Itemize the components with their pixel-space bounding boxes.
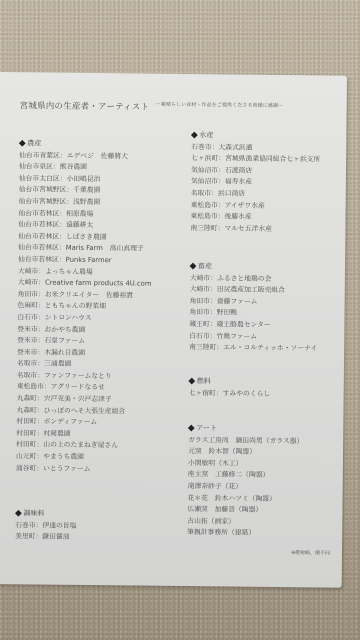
footnote: ※敬称略、順不同 bbox=[291, 549, 330, 556]
list-item: 白石市：シトロンハウス bbox=[17, 312, 151, 325]
section-heading: 畜産 bbox=[190, 261, 318, 274]
diamond-bullet-icon bbox=[19, 139, 26, 146]
diamond-bullet-icon bbox=[190, 262, 197, 269]
section-fishery: 水産 石巻市：大森式浜通七ヶ浜町：宮城県漁業協同組合七ヶ浜支所気仙沼市：石渡商店… bbox=[190, 130, 320, 236]
section-heading: アート bbox=[188, 423, 303, 436]
section-heading: 燃料 bbox=[189, 376, 271, 388]
list-item: 仙台市宮城野区：浅野農園 bbox=[19, 196, 153, 209]
list-item: 大崎市：田尻農産加工販売組合 bbox=[190, 284, 318, 297]
list-item: 滝澤奈紗子（花） bbox=[188, 481, 303, 494]
list-item: 七ヶ浜町：宮城県漁業協同組合七ヶ浜支所 bbox=[191, 153, 320, 166]
document-title: 宮城県内の生産者・アーティスト bbox=[20, 99, 150, 112]
list-item: 元窯 鈴木智（陶器） bbox=[188, 446, 303, 459]
list-item: 東松島市：後藤水産 bbox=[190, 211, 319, 224]
list-item: 南三陸町：エル・コルティッホ・ソーナイ bbox=[189, 342, 317, 355]
section-fuel: 燃料 七ヶ宿町：すみやのくらし bbox=[189, 376, 271, 400]
list-item: 丸森町：宍戸克美・宍戸志津子 bbox=[17, 393, 151, 406]
list-item: 名取市：浜口商店 bbox=[191, 188, 320, 201]
diamond-bullet-icon bbox=[188, 424, 195, 431]
section-art: アート ガラス工房尚 鍋田尚男（ガラス器）元窯 鈴木智（陶器）小関敏明（木工）座… bbox=[187, 423, 303, 540]
list-item: 美里町：鎌田醤油 bbox=[15, 531, 76, 543]
list-item: 筆親計事務所（建築） bbox=[187, 527, 302, 540]
list-item: 七ヶ宿町：すみやのくらし bbox=[189, 388, 271, 400]
list-item: 山元町：やまうち農園 bbox=[16, 451, 150, 464]
section-heading: 農産 bbox=[19, 138, 153, 151]
diamond-bullet-icon bbox=[191, 131, 198, 138]
list-item: 大崎市：Creative farm products 4U.com bbox=[18, 277, 152, 290]
section-heading: 調味料 bbox=[15, 508, 76, 520]
list-item: 涌谷町：いとうファーム bbox=[16, 463, 150, 476]
section-heading: 水産 bbox=[191, 130, 320, 143]
section-seasoning: 調味料 石巻市：伊達の旨塩美里町：鎌田醤油 bbox=[15, 508, 77, 543]
printed-paper: 宮城県内の生産者・アーティスト ー素晴らしい食材・作品をご提供くださる皆様に感謝… bbox=[0, 72, 347, 588]
list-item: 南三陸町：マルセ五洋水産 bbox=[190, 223, 319, 236]
section-livestock: 畜産 大崎市：ふるさと地鶏の会大崎市：田尻農産加工販売組合角田市：齋藤ファーム角… bbox=[189, 261, 318, 355]
diamond-bullet-icon bbox=[15, 509, 22, 516]
section-farm: 農産 仙台市青葉区：エデベジ 佐藤將大仙台市泉区：熊谷農園仙台市太白区：小田嶋昆… bbox=[16, 138, 153, 476]
list-item: 仙台市若林区：Punks Farmer bbox=[18, 254, 152, 267]
document-subtitle: ー素晴らしい食材・作品をご提供くださる皆様に感謝ー bbox=[156, 101, 284, 109]
list-item: 蔵王町：蔵王酪農センター bbox=[189, 319, 317, 332]
diamond-bullet-icon bbox=[188, 377, 195, 384]
list-item: 登米市：石堂ファーム bbox=[17, 335, 151, 348]
list-item: 広瀬窯 加藤晋（陶器） bbox=[187, 504, 302, 517]
list-item: 石巻市：伊達の旨塩 bbox=[15, 520, 76, 532]
